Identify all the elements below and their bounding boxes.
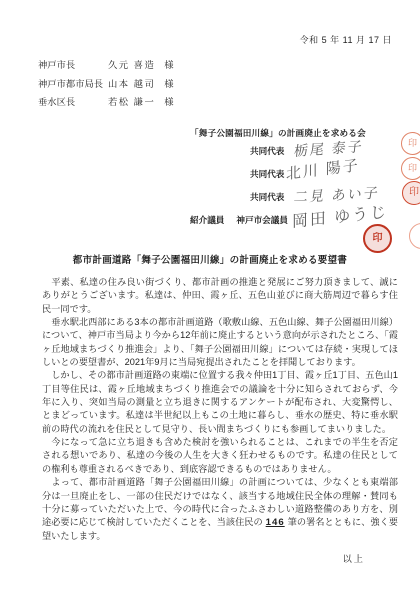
hanko-glyph: 印 [408,164,417,173]
addressee-title: 神戸市長 [38,57,108,71]
representative-row: 共同代表 北川 陽子 [178,162,408,185]
hanko-seal-icon: 印 [401,157,420,180]
representative-role: 共同代表 [250,145,284,157]
representative-role: 共同代表 [250,191,284,203]
introducer-org: 神戸市会議員 [236,214,288,226]
representative-role: 共同代表 [250,168,284,180]
hanko-glyph: 印 [373,234,383,244]
sender-block: 「舞子公園福田川線」の計画廃止を求める会 共同代表 栃尾 泰子 共同代表 北川 … [178,127,408,232]
addressee-name: 久元 喜造 [108,57,155,71]
closing-word: 以上 [343,551,365,565]
addressee-honorific: 様 [164,76,173,90]
document-body: 平素、私達の住み良い街づくり、都市計画の推進と発展にご努力頂きまして、誠にありが… [42,276,398,543]
addressee-row: 垂水区長 若松 謙一 様 [38,94,174,113]
representative-row: 共同代表 栃尾 泰子 [178,139,408,162]
addressee-name: 若松 謙一 [108,94,155,108]
paragraph-closing: よって、都市計画道路「舞子公園福田川線」の計画については、少なくとも東端部分は一… [42,476,398,543]
addressee-honorific: 様 [164,94,173,108]
document-title: 都市計画道路「舞子公園福田川線」の計画廃止を求める要望書 [0,252,420,266]
hanko-seal-icon: 印 [401,132,420,155]
addressee-list: 神戸市長 久元 喜造 様 神戸市都市局長 山本 越司 様 垂水区長 若松 謙一 … [38,57,174,113]
paragraph: 今になって急に立ち退きも含めた検討を強いられることは、これまでの半生を否定される… [42,436,398,476]
addressee-row: 神戸市都市局長 山本 越司 様 [38,76,174,95]
hanko-seal-icon: 印 [402,181,420,205]
introducer-role: 紹介議員 [190,214,224,226]
sender-organization: 「舞子公園福田川線」の計画廃止を求める会 [190,127,408,139]
paragraph: 垂水駅北西部にある3本の都市計画道路（歌敷山線、五色山線、舞子公園福田川線）につ… [42,316,398,369]
signature-count: 146 [263,517,288,528]
petition-document: 令和 5 年 11 月 17 日 神戸市長 久元 喜造 様 神戸市都市局長 山本… [0,0,420,594]
addressee-name: 山本 越司 [108,76,155,90]
addressee-honorific: 様 [164,57,173,71]
addressee-row: 神戸市長 久元 喜造 様 [38,57,174,76]
paragraph: 平素、私達の住み良い街づくり、都市計画の推進と発展にご努力頂きまして、誠にありが… [42,276,398,316]
hanko-seal-icon: 印 [363,224,392,253]
hanko-seal-partial-icon [409,223,420,249]
hanko-glyph: 印 [409,188,419,198]
addressee-title: 神戸市都市局長 [38,76,108,90]
paragraph: しかし、その都市計画道路の東端に位置する我々仲田1丁目、霞ヶ丘1丁目、五色山1丁… [42,369,398,436]
document-date: 令和 5 年 11 月 17 日 [300,33,392,46]
hanko-glyph: 印 [408,139,417,148]
addressee-title: 垂水区長 [38,94,108,108]
